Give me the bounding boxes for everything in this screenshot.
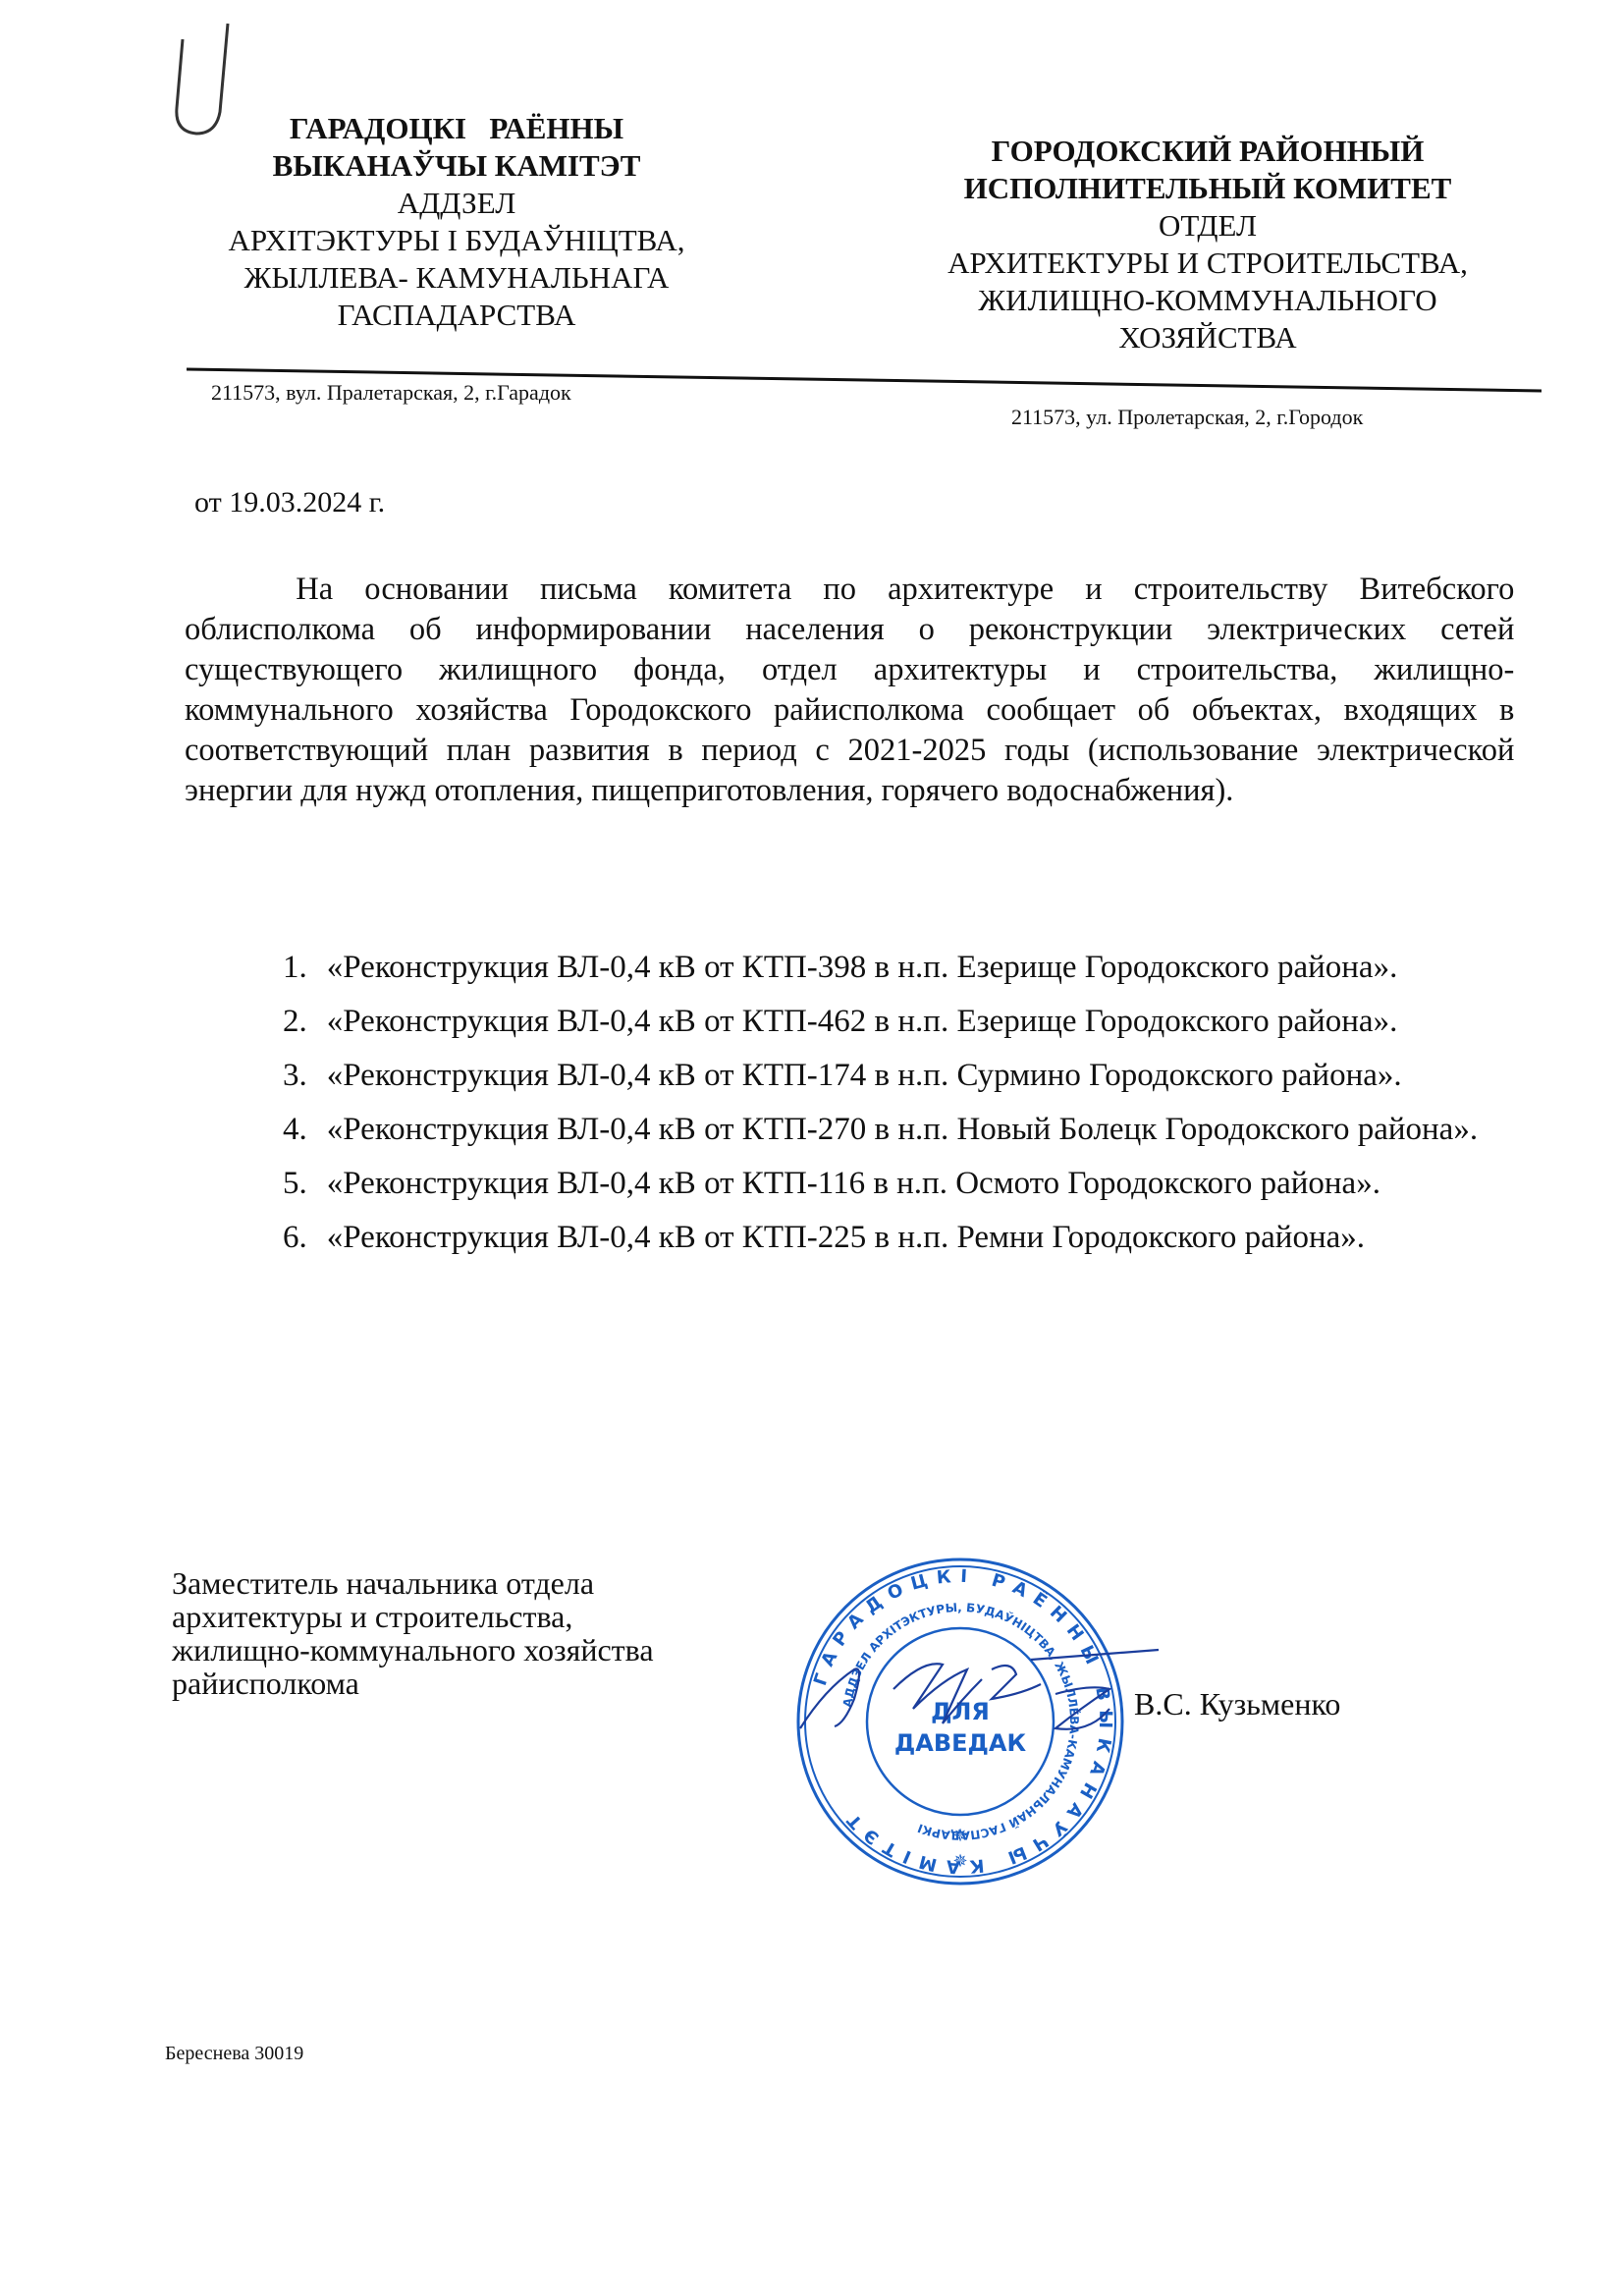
address-russian: 211573, ул. Пролетарская, 2, г.Городок: [1011, 405, 1363, 430]
org-name-line2: ВЫКАНАЎЧЫ КАМІТЭТ: [191, 147, 722, 185]
list-item: 5.«Реконструкция ВЛ-0,4 кВ от КТП-116 в …: [185, 1164, 1535, 1204]
dept-line3: ЖЫЛЛЕВА- КАМУНАЛЬНАГА: [191, 259, 722, 297]
header-belarusian: ГАРАДОЦКІ РАЁННЫ ВЫКАНАЎЧЫ КАМІТЭТ АДДЗЕ…: [191, 110, 722, 334]
executor-note: Береснева 30019: [165, 2043, 303, 2065]
dept-line4: ХОЗЯЙСТВА: [884, 319, 1532, 356]
dept-line2: АРХІТЭКТУРЫ І БУДАЎНІЦТВА,: [191, 222, 722, 259]
list-item: 1.«Реконструкция ВЛ-0,4 кВ от КТП-398 в …: [185, 948, 1535, 988]
dept-line1: АДДЗЕЛ: [191, 185, 722, 222]
body-text: На основании письма комитета по архитект…: [185, 570, 1514, 811]
stamp-star-icon: ✵: [952, 1851, 967, 1871]
document-date: от 19.03.2024 г.: [194, 486, 385, 519]
org-name-line1: ГАРАДОЦКІ РАЁННЫ: [191, 110, 722, 147]
list-item: 2.«Реконструкция ВЛ-0,4 кВ от КТП-462 в …: [185, 1002, 1535, 1042]
org-name-line1: ГОРОДОКСКИЙ РАЙОННЫЙ: [884, 133, 1532, 170]
header-russian: ГОРОДОКСКИЙ РАЙОННЫЙ ИСПОЛНИТЕЛЬНЫЙ КОМИ…: [884, 133, 1532, 356]
dept-line3: ЖИЛИЩНО-КОММУНАЛЬНОГО: [884, 282, 1532, 319]
objects-list: 1.«Реконструкция ВЛ-0,4 кВ от КТП-398 в …: [185, 948, 1535, 1272]
dept-line1: ОТДЕЛ: [884, 207, 1532, 245]
signatory-name: В.С. Кузьменко: [1134, 1686, 1340, 1722]
dept-line2: АРХИТЕКТУРЫ И СТРОИТЕЛЬСТВА,: [884, 245, 1532, 282]
stamp-star-icon: ✵: [952, 1826, 967, 1845]
list-item: 3.«Реконструкция ВЛ-0,4 кВ от КТП-174 в …: [185, 1056, 1535, 1096]
signatory-title: Заместитель начальника отдела архитектур…: [172, 1566, 654, 1700]
dept-line4: ГАСПАДАРСТВА: [191, 297, 722, 334]
handwritten-signature: [795, 1630, 1168, 1768]
org-name-line2: ИСПОЛНИТЕЛЬНЫЙ КОМИТЕТ: [884, 170, 1532, 207]
list-item: 4.«Реконструкция ВЛ-0,4 кВ от КТП-270 в …: [185, 1110, 1535, 1150]
address-belarusian: 211573, вул. Пралетарская, 2, г.Гарадок: [211, 380, 571, 406]
body-paragraph: На основании письма комитета по архитект…: [185, 570, 1514, 811]
list-item: 6.«Реконструкция ВЛ-0,4 кВ от КТП-225 в …: [185, 1218, 1535, 1258]
